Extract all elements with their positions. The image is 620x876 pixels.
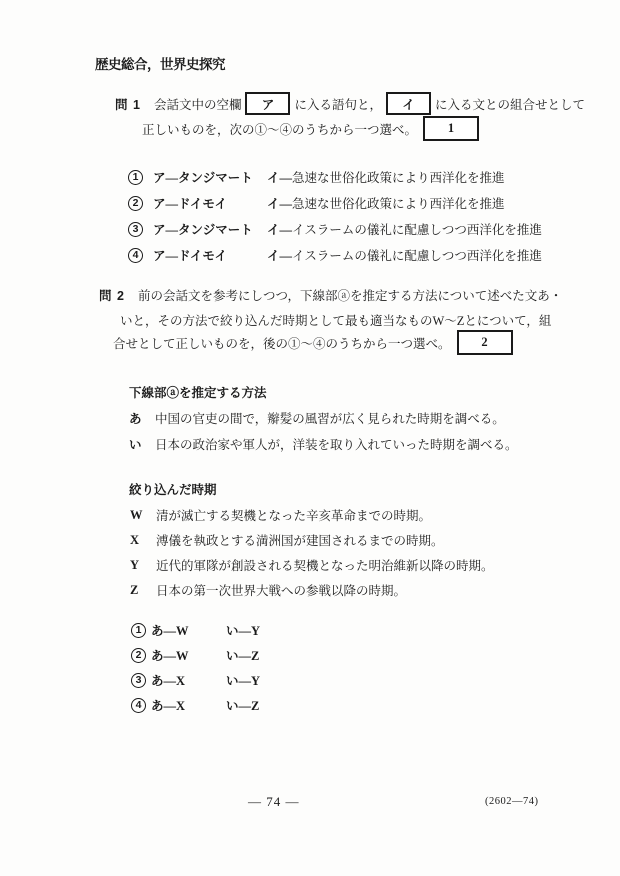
method-row-i: い 日本の政治家や軍人が，洋装を取り入れていった時期を調べる。 <box>129 435 518 453</box>
question2-stem-line1: 問 2 前の会話文を参考にしつつ，下線部ⓐを推定する方法について述べた文あ・ <box>99 286 562 304</box>
q2-option2-pair-a: あ―W <box>151 646 226 664</box>
q2-option2-pair-b: い―Z <box>226 646 259 664</box>
q1-option4-choice-a: ア―ドイモイ <box>153 246 267 264</box>
option-number-circle: 1 <box>128 170 143 185</box>
q2-option-row-2: 2 あ―W い―Z <box>131 646 259 664</box>
question2-label: 問 2 <box>99 286 125 304</box>
question2-stem-line1-text: 前の会話文を参考にしつつ，下線部ⓐを推定する方法について述べた文あ・ <box>138 286 562 304</box>
q1-option-row-1: 1 ア―タンジマート イ―急速な世俗化政策により西洋化を推進 <box>128 168 505 186</box>
q2-option1-pair-b: い―Y <box>226 621 260 639</box>
period-label-x: X <box>130 533 156 548</box>
q1-option-row-3: 3 ア―タンジマート イ―イスラームの儀礼に配慮しつつ西洋化を推進 <box>128 220 542 238</box>
q1-option1-choice-b: イ―急速な世俗化政策により西洋化を推進 <box>267 168 505 186</box>
period-row-w: W 清が滅亡する契機となった辛亥革命までの時期。 <box>130 506 431 524</box>
option-number-circle: 3 <box>131 673 146 688</box>
q2-option1-pair-a: あ―W <box>151 621 226 639</box>
period-label-w: W <box>130 508 156 523</box>
q1-option3-choice-a: ア―タンジマート <box>153 220 267 238</box>
q2-option-row-3: 3 あ―X い―Y <box>131 671 260 689</box>
q1-option1-choice-a: ア―タンジマート <box>153 168 267 186</box>
method-label-i: い <box>129 435 155 453</box>
option-number-circle: 3 <box>128 222 143 237</box>
option-number-circle: 4 <box>128 248 143 263</box>
question1-stem-seg1: 会話文中の空欄 <box>154 95 242 113</box>
period-header: 絞り込んだ時期 <box>129 480 217 498</box>
q2-option3-pair-a: あ―X <box>151 671 226 689</box>
option-number-circle: 2 <box>128 196 143 211</box>
period-text-w: 清が滅亡する契機となった辛亥革命までの時期。 <box>156 506 431 524</box>
question1-stem-seg3: に入る文との組合せとして <box>435 95 585 113</box>
period-row-y: Y 近代的軍隊が創設される契機となった明治維新以降の時期。 <box>130 556 494 574</box>
period-text-y: 近代的軍隊が創設される契機となった明治維新以降の時期。 <box>156 556 494 574</box>
footer-page-number: — 74 — <box>248 794 300 810</box>
option-number-circle: 2 <box>131 648 146 663</box>
method-text-a: 中国の官吏の間で，辮髪の風習が広く見られた時期を調べる。 <box>155 409 505 427</box>
blank-box-a: ア <box>245 92 290 115</box>
option-number-circle: 1 <box>131 623 146 638</box>
q2-option4-pair-a: あ―X <box>151 696 226 714</box>
method-label-a: あ <box>129 409 155 427</box>
footer-document-code: (2602—74) <box>485 796 539 807</box>
period-row-z: Z 日本の第一次世界大戦への参戦以降の時期。 <box>130 581 406 599</box>
period-label-z: Z <box>130 583 156 598</box>
q2-option4-pair-b: い―Z <box>226 696 259 714</box>
period-text-x: 溥儀を執政とする満洲国が建国されるまでの時期。 <box>156 531 444 549</box>
exam-page: 歴史総合，世界史探究 問 1 会話文中の空欄 ア に入る語句と， イ に入る文と… <box>0 0 620 876</box>
question1-answer-number-box: 1 <box>423 116 479 141</box>
method-text-i: 日本の政治家や軍人が，洋装を取り入れていった時期を調べる。 <box>155 435 518 453</box>
q1-option4-choice-b: イ―イスラームの儀礼に配慮しつつ西洋化を推進 <box>267 246 542 264</box>
question1-stem-line1: 問 1 会話文中の空欄 ア に入る語句と， イ に入る文との組合せとして <box>115 91 585 116</box>
q2-option-row-1: 1 あ―W い―Y <box>131 621 260 639</box>
q2-option3-pair-b: い―Y <box>226 671 260 689</box>
question1-label: 問 1 <box>115 95 141 113</box>
question1-stem-line2: 正しいものを，次の①～④のうちから一つ選べ。 1 <box>142 116 479 141</box>
q1-option2-choice-b: イ―急速な世俗化政策により西洋化を推進 <box>267 194 505 212</box>
period-row-x: X 溥儀を執政とする満洲国が建国されるまでの時期。 <box>130 531 444 549</box>
q2-option-row-4: 4 あ―X い―Z <box>131 696 259 714</box>
period-label-y: Y <box>130 558 156 573</box>
option-number-circle: 4 <box>131 698 146 713</box>
question2-answer-number-box: 2 <box>457 330 513 355</box>
page-title: 歴史総合，世界史探究 <box>95 53 225 73</box>
period-text-z: 日本の第一次世界大戦への参戦以降の時期。 <box>156 581 406 599</box>
q1-option-row-4: 4 ア―ドイモイ イ―イスラームの儀礼に配慮しつつ西洋化を推進 <box>128 246 542 264</box>
q1-option-row-2: 2 ア―ドイモイ イ―急速な世俗化政策により西洋化を推進 <box>128 194 505 212</box>
question2-stem-line2: いと，その方法で絞り込んだ時期として最も適当なものW～Zとについて，組 <box>120 311 551 329</box>
question2-stem-line3-text: 合せとして正しいものを，後の①～④のうちから一つ選べ。 <box>113 334 451 352</box>
method-header: 下線部ⓐを推定する方法 <box>129 383 267 401</box>
question1-stem-seg2: に入る語句と， <box>294 95 382 113</box>
question2-stem-line3: 合せとして正しいものを，後の①～④のうちから一つ選べ。 2 <box>113 330 513 355</box>
question1-stem-line2-text: 正しいものを，次の①～④のうちから一つ選べ。 <box>142 120 417 138</box>
method-row-a: あ 中国の官吏の間で，辮髪の風習が広く見られた時期を調べる。 <box>129 409 505 427</box>
q1-option2-choice-a: ア―ドイモイ <box>153 194 267 212</box>
blank-box-i: イ <box>386 92 431 115</box>
q1-option3-choice-b: イ―イスラームの儀礼に配慮しつつ西洋化を推進 <box>267 220 542 238</box>
